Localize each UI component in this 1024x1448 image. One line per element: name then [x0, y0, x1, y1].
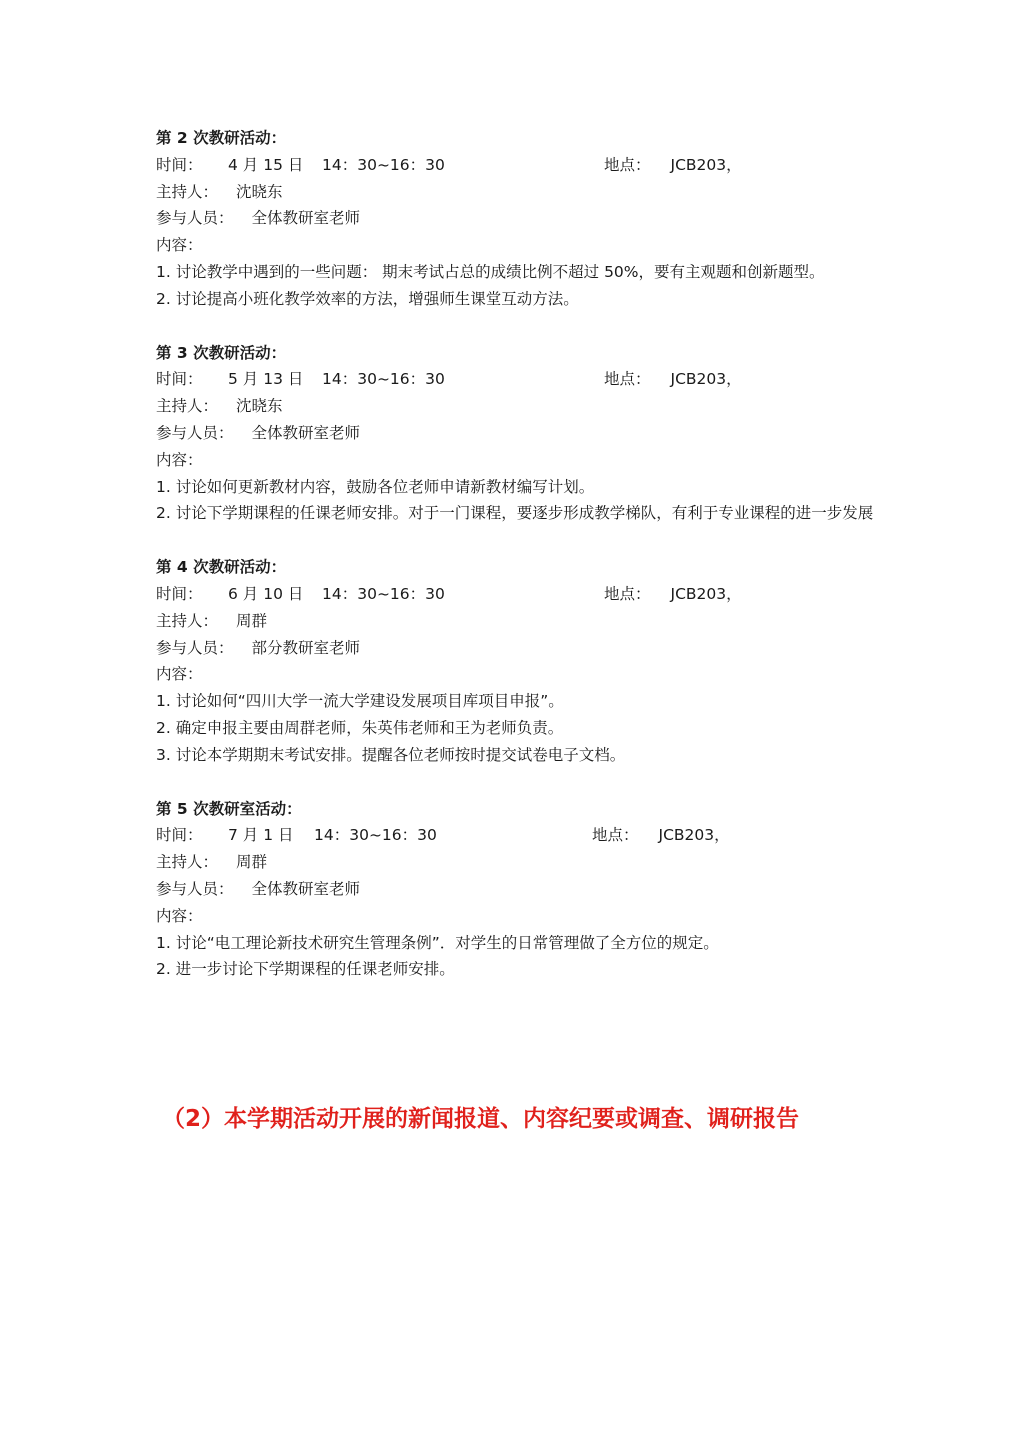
location-group: 地点：JCB203，	[604, 152, 742, 179]
host-row: 主持人：沈晓东	[156, 179, 886, 206]
activity-location: JCB203，	[659, 826, 730, 844]
participants-value: 全体教研室老师	[252, 424, 361, 442]
participants-label: 参与人员：	[156, 880, 234, 898]
activity-title: 第 5 次教研室活动：	[156, 796, 886, 823]
participants-row: 参与人员：全体教研室老师	[156, 876, 886, 903]
content-item: 2. 进一步讨论下学期课程的任课老师安排。	[156, 956, 886, 983]
location-group: 地点：JCB203，	[592, 822, 730, 849]
content-item: 1. 讨论如何“四川大学一流大学建设发展项目库项目申报”。	[156, 688, 886, 715]
content-item: 2. 确定申报主要由周群老师，朱英伟老师和王为老师负责。	[156, 715, 886, 742]
participants-row: 参与人员：全体教研室老师	[156, 420, 886, 447]
activity-title: 第 4 次教研活动：	[156, 554, 886, 581]
host-value: 周群	[236, 853, 267, 871]
host-label: 主持人：	[156, 183, 218, 201]
content-item: 3. 讨论本学期期末考试安排。提醒各位老师按时提交试卷电子文档。	[156, 742, 886, 769]
activity-2: 第 2 次教研活动： 时间：4 月 15 日14：30~16：30 地点：JCB…	[156, 125, 886, 313]
participants-label: 参与人员：	[156, 424, 234, 442]
host-row: 主持人：周群	[156, 849, 886, 876]
time-label: 时间：	[156, 152, 228, 179]
content-item: 1. 讨论“电工理论新技术研究生管理条例”．对学生的日常管理做了全方位的规定。	[156, 930, 886, 957]
content-label: 内容：	[156, 447, 886, 474]
location-label: 地点：	[604, 585, 651, 603]
activity-date: 7 月 1 日	[228, 822, 314, 849]
activity-4: 第 4 次教研活动： 时间：6 月 10 日14：30~16：30 地点：JCB…	[156, 554, 886, 768]
activity-time: 14：30~16：30	[322, 152, 445, 179]
location-group: 地点：JCB203，	[604, 581, 742, 608]
activity-3: 第 3 次教研活动： 时间：5 月 13 日14：30~16：30 地点：JCB…	[156, 340, 886, 528]
content-item: 1. 讨论如何更新教材内容，鼓励各位老师申请新教材编写计划。	[156, 474, 886, 501]
activity-location: JCB203，	[671, 370, 742, 388]
time-label: 时间：	[156, 366, 228, 393]
content-label: 内容：	[156, 661, 886, 688]
host-value: 沈晓东	[236, 397, 283, 415]
content-label: 内容：	[156, 903, 886, 930]
host-label: 主持人：	[156, 397, 218, 415]
activity-date: 6 月 10 日	[228, 581, 322, 608]
activity-location: JCB203，	[671, 585, 742, 603]
activity-time: 14：30~16：30	[322, 581, 445, 608]
participants-row: 参与人员：部分教研室老师	[156, 635, 886, 662]
participants-value: 全体教研室老师	[252, 209, 361, 227]
content-item: 1. 讨论教学中遇到的一些问题： 期末考试占总的成绩比例不超过 50%，要有主观…	[156, 259, 886, 286]
participants-label: 参与人员：	[156, 209, 234, 227]
host-row: 主持人：沈晓东	[156, 393, 886, 420]
location-label: 地点：	[604, 370, 651, 388]
activity-title: 第 2 次教研活动：	[156, 125, 886, 152]
time-label: 时间：	[156, 822, 228, 849]
document-page: 第 2 次教研活动： 时间：4 月 15 日14：30~16：30 地点：JCB…	[156, 125, 886, 1010]
activity-location: JCB203，	[671, 156, 742, 174]
host-value: 沈晓东	[236, 183, 283, 201]
activity-time-row: 时间：6 月 10 日14：30~16：30 地点：JCB203，	[156, 581, 886, 608]
location-group: 地点：JCB203，	[604, 366, 742, 393]
activity-time-row: 时间：5 月 13 日14：30~16：30 地点：JCB203，	[156, 366, 886, 393]
time-label: 时间：	[156, 581, 228, 608]
activity-time: 14：30~16：30	[314, 822, 437, 849]
content-item: 2. 讨论提高小班化教学效率的方法，增强师生课堂互动方法。	[156, 286, 886, 313]
host-label: 主持人：	[156, 612, 218, 630]
host-value: 周群	[236, 612, 267, 630]
activity-title: 第 3 次教研活动：	[156, 340, 886, 367]
activity-time: 14：30~16：30	[322, 366, 445, 393]
participants-value: 全体教研室老师	[252, 880, 361, 898]
host-row: 主持人：周群	[156, 608, 886, 635]
participants-value: 部分教研室老师	[252, 639, 361, 657]
location-label: 地点：	[592, 826, 639, 844]
activity-date: 5 月 13 日	[228, 366, 322, 393]
content-item: 2. 讨论下学期课程的任课老师安排。对于一门课程，要逐步形成教学梯队，有利于专业…	[156, 500, 886, 527]
host-label: 主持人：	[156, 853, 218, 871]
location-label: 地点：	[604, 156, 651, 174]
activity-time-row: 时间：4 月 15 日14：30~16：30 地点：JCB203，	[156, 152, 886, 179]
participants-label: 参与人员：	[156, 639, 234, 657]
content-label: 内容：	[156, 232, 886, 259]
activity-5: 第 5 次教研室活动： 时间：7 月 1 日14：30~16：30 地点：JCB…	[156, 796, 886, 984]
section-heading: （2）本学期活动开展的新闻报道、内容纪要或调查、调研报告	[162, 1100, 799, 1133]
participants-row: 参与人员：全体教研室老师	[156, 205, 886, 232]
activity-date: 4 月 15 日	[228, 152, 322, 179]
activity-time-row: 时间：7 月 1 日14：30~16：30 地点：JCB203，	[156, 822, 886, 849]
